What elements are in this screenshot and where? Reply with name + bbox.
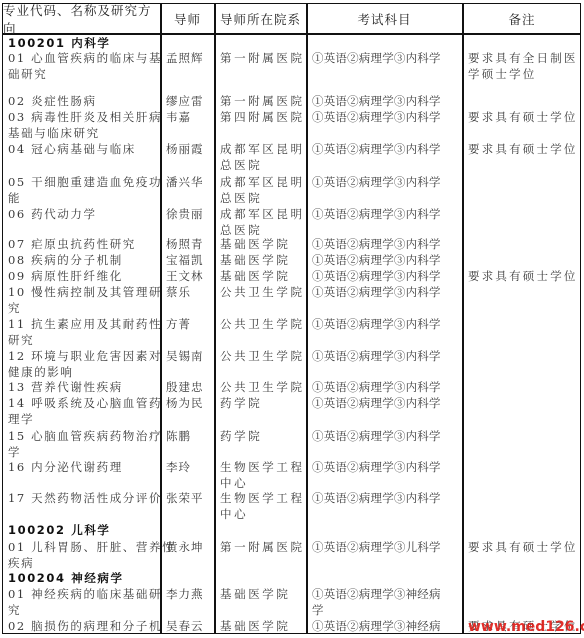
advisor-name: 李力燕 xyxy=(166,587,204,601)
department: 总医院 xyxy=(220,191,262,205)
note: 要求具有全日制医 xyxy=(468,51,578,65)
advisor-name: 杨照青 xyxy=(166,237,204,251)
advisor-name: 蔡乐 xyxy=(166,285,191,299)
advisor-name: 吴锡南 xyxy=(166,349,204,363)
exam-subjects: 学 xyxy=(312,603,324,617)
advisor-name: 潘兴华 xyxy=(166,175,204,189)
exam-subjects: ①英语②病理学③内科学 xyxy=(312,269,441,283)
research-direction: 09 病原性肝纤维化 xyxy=(8,269,123,283)
advisor-name: 张荣平 xyxy=(166,491,204,505)
exam-subjects: ①英语②病理学③内科学 xyxy=(312,396,441,410)
research-direction: 01 心血管疾病的临床与基 xyxy=(8,51,162,65)
advisor-name: 宝福凯 xyxy=(166,253,204,267)
research-direction: 础研究 xyxy=(8,67,47,81)
department: 生物医学工程 xyxy=(220,491,305,505)
department: 生物医学工程 xyxy=(220,460,305,474)
exam-subjects: ①英语②病理学③儿科学 xyxy=(312,540,441,554)
advisor-name: 杨丽霞 xyxy=(166,142,204,156)
advisor-name: 王文林 xyxy=(166,269,204,283)
exam-subjects: ①英语②病理学③内科学 xyxy=(312,51,441,65)
department: 中心 xyxy=(220,507,248,521)
research-direction: 05 干细胞重建造血免疫功 xyxy=(8,175,162,189)
advisor-name: 黄永坤 xyxy=(166,540,204,554)
header-direction: 专业代码、名称及研究方向 xyxy=(3,4,160,34)
research-direction: 17 天然药物活性成分评价 xyxy=(8,491,162,505)
column-divider xyxy=(462,3,464,634)
column-divider xyxy=(214,3,216,634)
note: 要求具有硕士学位 xyxy=(468,269,578,283)
exam-subjects: ①英语②病理学③内科学 xyxy=(312,429,441,443)
exam-subjects: ①英语②病理学③内科学 xyxy=(312,380,441,394)
advisor-name: 缪应雷 xyxy=(166,94,204,108)
advisor-name: 徐贵丽 xyxy=(166,207,204,221)
header-department: 导师所在院系 xyxy=(215,4,306,34)
advisor-name: 韦嘉 xyxy=(166,110,191,124)
department: 成都军区昆明 xyxy=(220,142,305,156)
note: 要求具有硕士学位 xyxy=(468,142,578,156)
department: 成都军区昆明 xyxy=(220,175,305,189)
research-direction: 07 疟原虫抗药性研究 xyxy=(8,237,136,251)
research-direction: 13 营养代谢性疾病 xyxy=(8,380,123,394)
advisor-name: 陈鹏 xyxy=(166,429,191,443)
exam-subjects: ①英语②病理学③内科学 xyxy=(312,349,441,363)
research-direction: 究 xyxy=(8,301,21,315)
department: 基础医学院 xyxy=(220,619,291,633)
watermark: www.med126.com xyxy=(468,619,584,635)
column-divider xyxy=(306,3,308,634)
department: 公共卫生学院 xyxy=(220,349,305,363)
research-direction: 疾病 xyxy=(8,556,34,570)
section-title: 100201 内科学 xyxy=(8,36,111,50)
header-advisor: 导师 xyxy=(161,4,214,34)
research-direction: 03 病毒性肝炎及相关肝病 xyxy=(8,110,162,124)
advisor-name: 李玲 xyxy=(166,460,191,474)
exam-subjects: ①英语②病理学③神经病 xyxy=(312,587,441,601)
department: 第四附属医院 xyxy=(220,110,305,124)
research-direction: 健康的影响 xyxy=(8,365,74,379)
advisor-name: 方菁 xyxy=(166,317,191,331)
advisor-name: 吴春云 xyxy=(166,619,204,633)
research-direction: 11 抗生素应用及其耐药性 xyxy=(8,317,162,331)
advisor-name: 殷建忠 xyxy=(166,380,204,394)
department: 基础医学院 xyxy=(220,587,291,601)
exam-subjects: ①英语②病理学③内科学 xyxy=(312,94,441,108)
research-direction: 究 xyxy=(8,603,21,617)
exam-subjects: ①英语②病理学③内科学 xyxy=(312,142,441,156)
department: 第一附属医院 xyxy=(220,51,305,65)
research-direction: 02 脑损伤的病理和分子机 xyxy=(8,619,162,633)
exam-subjects: ①英语②病理学③内科学 xyxy=(312,285,441,299)
research-direction: 基础与临床研究 xyxy=(8,126,100,140)
research-direction: 能 xyxy=(8,191,21,205)
advisor-name: 孟照辉 xyxy=(166,51,204,65)
department: 基础医学院 xyxy=(220,237,291,251)
research-direction: 10 慢性病控制及其管理研 xyxy=(8,285,162,299)
department: 总医院 xyxy=(220,158,262,172)
research-direction: 08 疾病的分子机制 xyxy=(8,253,123,267)
research-direction: 理学 xyxy=(8,412,34,426)
header-exam: 考试科目 xyxy=(307,4,462,34)
header-note: 备注 xyxy=(463,4,581,34)
research-direction: 14 呼吸系统及心脑血管药 xyxy=(8,396,162,410)
department: 中心 xyxy=(220,476,248,490)
section-title: 100204 神经病学 xyxy=(8,571,124,585)
section-title: 100202 儿科学 xyxy=(8,523,111,537)
department: 药学院 xyxy=(220,396,262,410)
research-direction: 15 心脑血管疾病药物治疗 xyxy=(8,429,162,443)
advisor-name: 杨为民 xyxy=(166,396,204,410)
department: 基础医学院 xyxy=(220,269,291,283)
department: 药学院 xyxy=(220,429,262,443)
note: 要求具有硕士学位 xyxy=(468,110,578,124)
department: 第一附属医院 xyxy=(220,540,305,554)
exam-subjects: ①英语②病理学③神经病 xyxy=(312,619,441,633)
exam-subjects: ①英语②病理学③内科学 xyxy=(312,175,441,189)
research-direction: 02 炎症性肠病 xyxy=(8,94,97,108)
department: 基础医学院 xyxy=(220,253,291,267)
research-direction: 12 环境与职业危害因素对 xyxy=(8,349,162,363)
exam-subjects: ①英语②病理学③内科学 xyxy=(312,460,441,474)
department: 成都军区昆明 xyxy=(220,207,305,221)
research-direction: 学 xyxy=(8,445,21,459)
research-direction: 16 内分泌代谢药理 xyxy=(8,460,123,474)
department: 总医院 xyxy=(220,223,262,237)
department: 公共卫生学院 xyxy=(220,380,305,394)
research-direction: 01 儿科胃肠、肝脏、营养性 xyxy=(8,540,175,554)
exam-subjects: ①英语②病理学③内科学 xyxy=(312,491,441,505)
exam-subjects: ①英语②病理学③内科学 xyxy=(312,207,441,221)
research-direction: 04 冠心病基础与临床 xyxy=(8,142,136,156)
research-direction: 01 神经疾病的临床基础研 xyxy=(8,587,162,601)
exam-subjects: ①英语②病理学③内科学 xyxy=(312,317,441,331)
exam-subjects: ①英语②病理学③内科学 xyxy=(312,110,441,124)
note: 要求具有硕士学位 xyxy=(468,540,578,554)
note: 学硕士学位 xyxy=(468,67,537,81)
research-direction: 研究 xyxy=(8,333,34,347)
department: 公共卫生学院 xyxy=(220,285,305,299)
department: 公共卫生学院 xyxy=(220,317,305,331)
research-direction: 06 药代动力学 xyxy=(8,207,97,221)
exam-subjects: ①英语②病理学③内科学 xyxy=(312,253,441,267)
exam-subjects: ①英语②病理学③内科学 xyxy=(312,237,441,251)
department: 第一附属医院 xyxy=(220,94,305,108)
